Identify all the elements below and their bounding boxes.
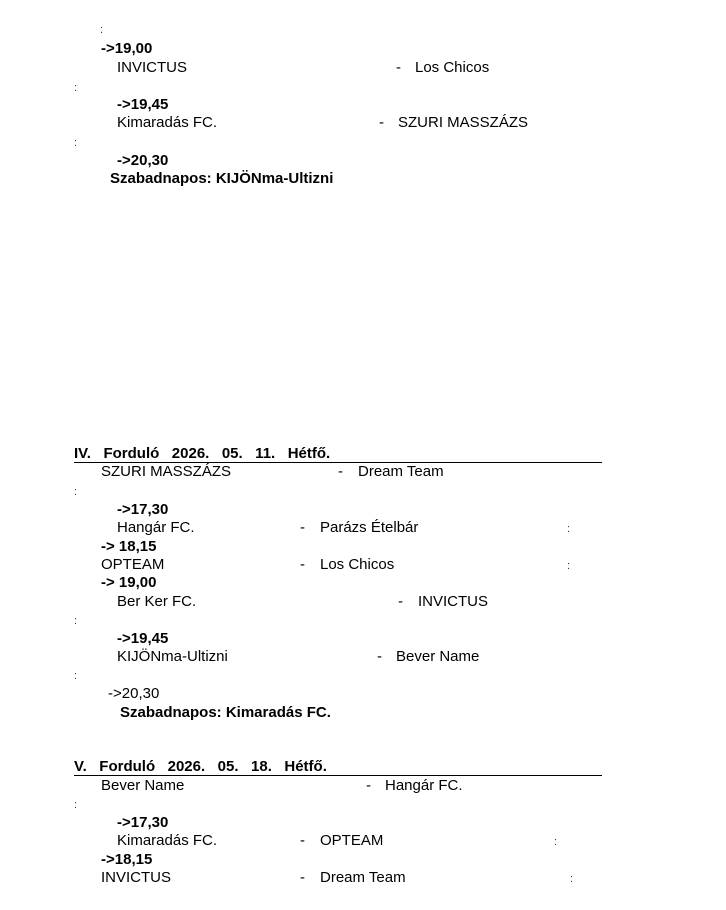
away-team: Dream Team — [358, 463, 444, 480]
home-team: SZURI MASSZÁZS — [101, 463, 231, 480]
time-label: ->19,00 — [101, 40, 152, 57]
away-team: Los Chicos — [415, 59, 489, 76]
away-team: Parázs Ételbár — [320, 519, 418, 536]
separator-colon: : — [567, 558, 570, 575]
separator-colon: : — [74, 135, 77, 152]
separator-colon: : — [554, 834, 557, 851]
separator-colon: : — [74, 668, 77, 685]
home-team: INVICTUS — [101, 869, 171, 886]
bye-team: Szabadnapos: KIJÖNma-Ultizni — [110, 170, 333, 187]
home-team: Kimaradás FC. — [117, 832, 217, 849]
match-dash: - — [300, 832, 305, 849]
away-team: INVICTUS — [418, 593, 488, 610]
home-team: Kimaradás FC. — [117, 114, 217, 131]
home-team: Bever Name — [101, 777, 184, 794]
time-label: ->19,45 — [117, 630, 168, 647]
time-label: ->20,30 — [108, 685, 159, 702]
time-label: ->20,30 — [117, 152, 168, 169]
away-team: SZURI MASSZÁZS — [398, 114, 528, 131]
match-dash: - — [377, 648, 382, 665]
match-dash: - — [300, 519, 305, 536]
away-team: Hangár FC. — [385, 777, 463, 794]
time-label: ->19,45 — [117, 96, 168, 113]
separator-colon: : — [74, 80, 77, 97]
separator-colon: : — [100, 22, 103, 39]
time-label: ->17,30 — [117, 501, 168, 518]
home-team: Hangár FC. — [117, 519, 195, 536]
home-team: KIJÖNma-Ultizni — [117, 648, 228, 665]
separator-colon: : — [74, 613, 77, 630]
time-label: ->17,30 — [117, 814, 168, 831]
away-team: Dream Team — [320, 869, 406, 886]
time-label: -> 18,15 — [101, 538, 156, 555]
round-heading: IV. Forduló 2026. 05. 11. Hétfő. — [74, 445, 602, 463]
home-team: INVICTUS — [117, 59, 187, 76]
home-team: Ber Ker FC. — [117, 593, 196, 610]
match-dash: - — [338, 463, 343, 480]
away-team: Los Chicos — [320, 556, 394, 573]
match-dash: - — [398, 593, 403, 610]
time-label: -> 19,00 — [101, 574, 156, 591]
round-heading: V. Forduló 2026. 05. 18. Hétfő. — [74, 758, 602, 776]
match-dash: - — [300, 556, 305, 573]
separator-colon: : — [74, 797, 77, 814]
separator-colon: : — [567, 521, 570, 538]
home-team: OPTEAM — [101, 556, 164, 573]
match-dash: - — [396, 59, 401, 76]
bye-team: Szabadnapos: Kimaradás FC. — [120, 704, 331, 721]
match-dash: - — [379, 114, 384, 131]
time-label: ->18,15 — [101, 851, 152, 868]
separator-colon: : — [570, 871, 573, 888]
away-team: OPTEAM — [320, 832, 383, 849]
match-dash: - — [366, 777, 371, 794]
match-dash: - — [300, 869, 305, 886]
away-team: Bever Name — [396, 648, 479, 665]
separator-colon: : — [74, 484, 77, 501]
